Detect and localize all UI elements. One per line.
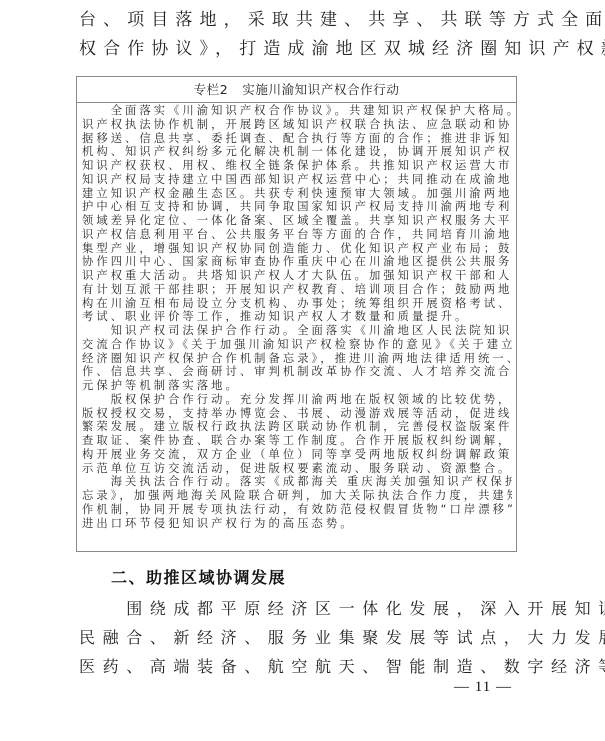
- text-line: 知识产权司法保护合作行动。全面落实《川渝地区人民法院知识产权司法保护: [82, 324, 512, 338]
- text-line: 知识产权获权、用权、维权全链条保护体系。共推知识产权运营大市场。争取国家: [82, 159, 512, 173]
- column-box: 专栏2实施川渝知识产权合作行动 全面落实《川渝知识产权合作协议》。共建知识产权保…: [76, 76, 517, 552]
- text-line: 作机制，协同开展专项执法行动，有效防范侵权假冒货物“口岸漂移”，持续保持打击: [82, 503, 512, 517]
- text-line: 机构、知识产权纠纷多元化解决机制一体化建设，协调开展知识产权维权援助；健全: [82, 145, 512, 159]
- text-line: 查取证、案件协查、联合办案等工作制度。合作开展版权纠纷调解，支持版权调解机: [82, 434, 512, 448]
- text-line: 忘录》，加强两地海关风险联合研判，加大关际执法合作力度，共建知识产权执法协: [82, 489, 512, 503]
- text-line: 民融合、新经济、服务业集聚发展等试点，大力发展电子信息、生物: [79, 623, 539, 652]
- text-line: 交流合作协议》《关于加强川渝知识产权检察协作的意见》《关于建立成渝地区双城: [82, 338, 512, 352]
- column-title: 实施川渝知识产权合作行动: [242, 82, 399, 97]
- text-line: 建立知识产权金融生态区。共获专利快速预审大领域。加强川渝两地知识产权保: [82, 187, 512, 201]
- text-line: 繁荣发展。建立版权行政执法跨区联动协作机制，完善侵权盗版案件线索移送、调: [82, 420, 512, 434]
- section-heading: 二、助推区域协调发展: [111, 566, 286, 590]
- column-box-header: 专栏2实施川渝知识产权合作行动: [77, 77, 516, 103]
- text-line: 示范单位互访交流活动，促进版权要素流动、服务联动、资源整合。: [82, 462, 512, 476]
- text-line: 版权保护合作行动。充分发挥川渝两地在版权领域的比较优势，互相支持发展: [82, 393, 512, 407]
- text-line: 作、信息共享、会商研讨、审判机制改革协作交流、人才培养交流合作及知识产权多: [82, 365, 512, 379]
- text-line: 权合作协议》，打造成渝地区双城经济圈知识产权新高地。: [79, 35, 529, 64]
- text-line: 领域差异化定位、一体化备案、区域全覆盖。共享知识产权服务大平台。加强在知: [82, 214, 512, 228]
- text-line: 知识产权局支持建立中国西部知识产权运营中心；共同推动在成渝地区双城经济圈: [82, 173, 512, 187]
- text-line: 构在川渝互相布局设立分支机构、办事处；统筹组织开展资格考试、执业培训、职称: [82, 297, 512, 311]
- text-line: 护中心相互支持和协调，共同争取国家知识产权局支持川渝两地专利快速预审技术: [82, 200, 512, 214]
- text-line: 经济圈知识产权保护合作机制备忘录》，推进川渝两地法律适用统一、案件保全合: [82, 352, 512, 366]
- text-line: 有计划互派干部挂职；开展知识产权教育、培训项目合作；鼓励两地知识产权服务机: [82, 283, 512, 297]
- text-line: 协作四川中心、国家商标审查协作重庆中心在川渝地区提供公共服务；共同举办知: [82, 255, 512, 269]
- text-line: 进出口环节侵犯知识产权行为的高压态势。: [82, 517, 512, 531]
- text-line: 构开展业务交流，双方企业（单位）同等享受两地版权纠纷调解政策。定期开展版权: [82, 448, 512, 462]
- body-paragraph: 围绕成都平原经济区一体化发展，深入开展知识产权金融、军 民融合、新经济、服务业集…: [79, 594, 539, 681]
- page-number: — 11 —: [454, 677, 512, 697]
- text-line: 识产权重大活动。共塔知识产权人才大队伍。加强知识产权干部和人才交流合作，: [82, 269, 512, 283]
- text-line: 考试、职业评价等工作，推动知识产权人才数量和质量提升。: [82, 310, 512, 324]
- intro-paragraph: 台、项目落地，采取共建、共享、共联等方式全面落实《川渝知识产 权合作协议》，打造…: [79, 6, 529, 64]
- text-line: 围绕成都平原经济区一体化发展，深入开展知识产权金融、军: [79, 594, 539, 623]
- text-line: 元保护等机制落实落地。: [82, 379, 512, 393]
- text-line: 台、项目落地，采取共建、共享、共联等方式全面落实《川渝知识产: [79, 6, 529, 35]
- text-line: 据移送、信息共享、委托调查、配合执行等方面的合作；推进非诉知识产权纠纷解决: [82, 132, 512, 146]
- text-line: 集型产业，增强知识产权协同创造能力、优化知识产权产业布局；鼓励国家专利审查: [82, 242, 512, 256]
- text-line: 全面落实《川渝知识产权合作协议》。共建知识产权保护大格局。共建两地知: [82, 104, 512, 118]
- column-label: 专栏2: [194, 82, 229, 97]
- column-box-body: 全面落实《川渝知识产权合作协议》。共建知识产权保护大格局。共建两地知 识产权执法…: [77, 103, 516, 530]
- text-line: 版权授权交易，支持举办博览会、书展、动漫游戏展等活动，促进线上版权交易市场: [82, 407, 512, 421]
- text-line: 海关执法合作行动。落实《成都海关 重庆海关加强知识产权保护执法协作备: [82, 475, 512, 489]
- text-line: 识产权信息利用平台、公共服务平台等方面的合作，共同培育川渝地区知识产权密: [82, 228, 512, 242]
- document-page: 台、项目落地，采取共建、共享、共联等方式全面落实《川渝知识产 权合作协议》，打造…: [0, 0, 605, 741]
- text-line: 识产权执法协作机制，开展跨区域知识产权联合执法、应急联动和协同处置，加强证: [82, 118, 512, 132]
